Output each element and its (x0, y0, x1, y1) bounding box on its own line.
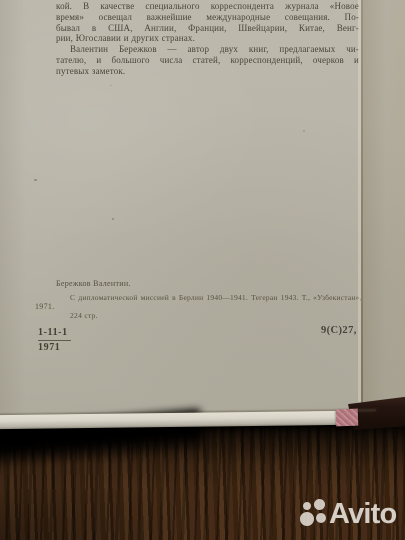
text-line: Валентин Бережков — автор двух книг, пре… (56, 44, 359, 55)
catalog-index-right: 9(С)27, (321, 325, 357, 336)
avito-watermark: Avito (298, 496, 402, 536)
book-listing-photo: кой. В качестве специального корреспонде… (0, 0, 405, 540)
text-line: путевых заметок. (56, 66, 359, 77)
bibliography-author: Бережков Валентин. (56, 279, 131, 288)
avito-logo-circle (300, 512, 314, 526)
avito-logo-circle (303, 502, 311, 510)
avito-logo-icon (298, 496, 328, 534)
text-line: тателю, и большого числа статей, корресп… (56, 55, 359, 66)
book-page: кой. В качестве специального корреспонде… (0, 0, 405, 432)
text-line: кой. В качестве специального корреспонде… (56, 1, 359, 12)
page-left-shade (0, 0, 26, 432)
avito-logo-circle (316, 513, 326, 523)
avito-wordmark: Avito (329, 495, 396, 533)
avito-logo-circle (314, 499, 325, 510)
bibliography-title: С дипломатической миссией в Берлин 1940—… (70, 293, 362, 302)
page-text: кой. В качестве специального корреспонде… (56, 1, 359, 77)
bibliography-continuation: 1971. (35, 302, 55, 311)
text-line: бывал в США, Англии, Франции, Швейцарии,… (56, 23, 359, 34)
bibliography-pages: 224 стр. (70, 311, 98, 320)
paper-speck (110, 85, 112, 86)
catalog-index-left: 1-11-1 1971 (38, 327, 88, 353)
catalog-index-denominator: 1971 (38, 342, 88, 353)
bookmark-ribbon (336, 409, 359, 427)
catalog-index-numerator: 1-11-1 (38, 327, 71, 341)
page-fold-region (363, 0, 405, 408)
text-line: время» освещал важнейшие международные с… (56, 12, 359, 23)
paper-speck (34, 179, 37, 181)
paper-speck (112, 218, 114, 220)
paper-speck (303, 130, 305, 132)
text-line: рии, Югославии и других странах. (56, 33, 359, 44)
